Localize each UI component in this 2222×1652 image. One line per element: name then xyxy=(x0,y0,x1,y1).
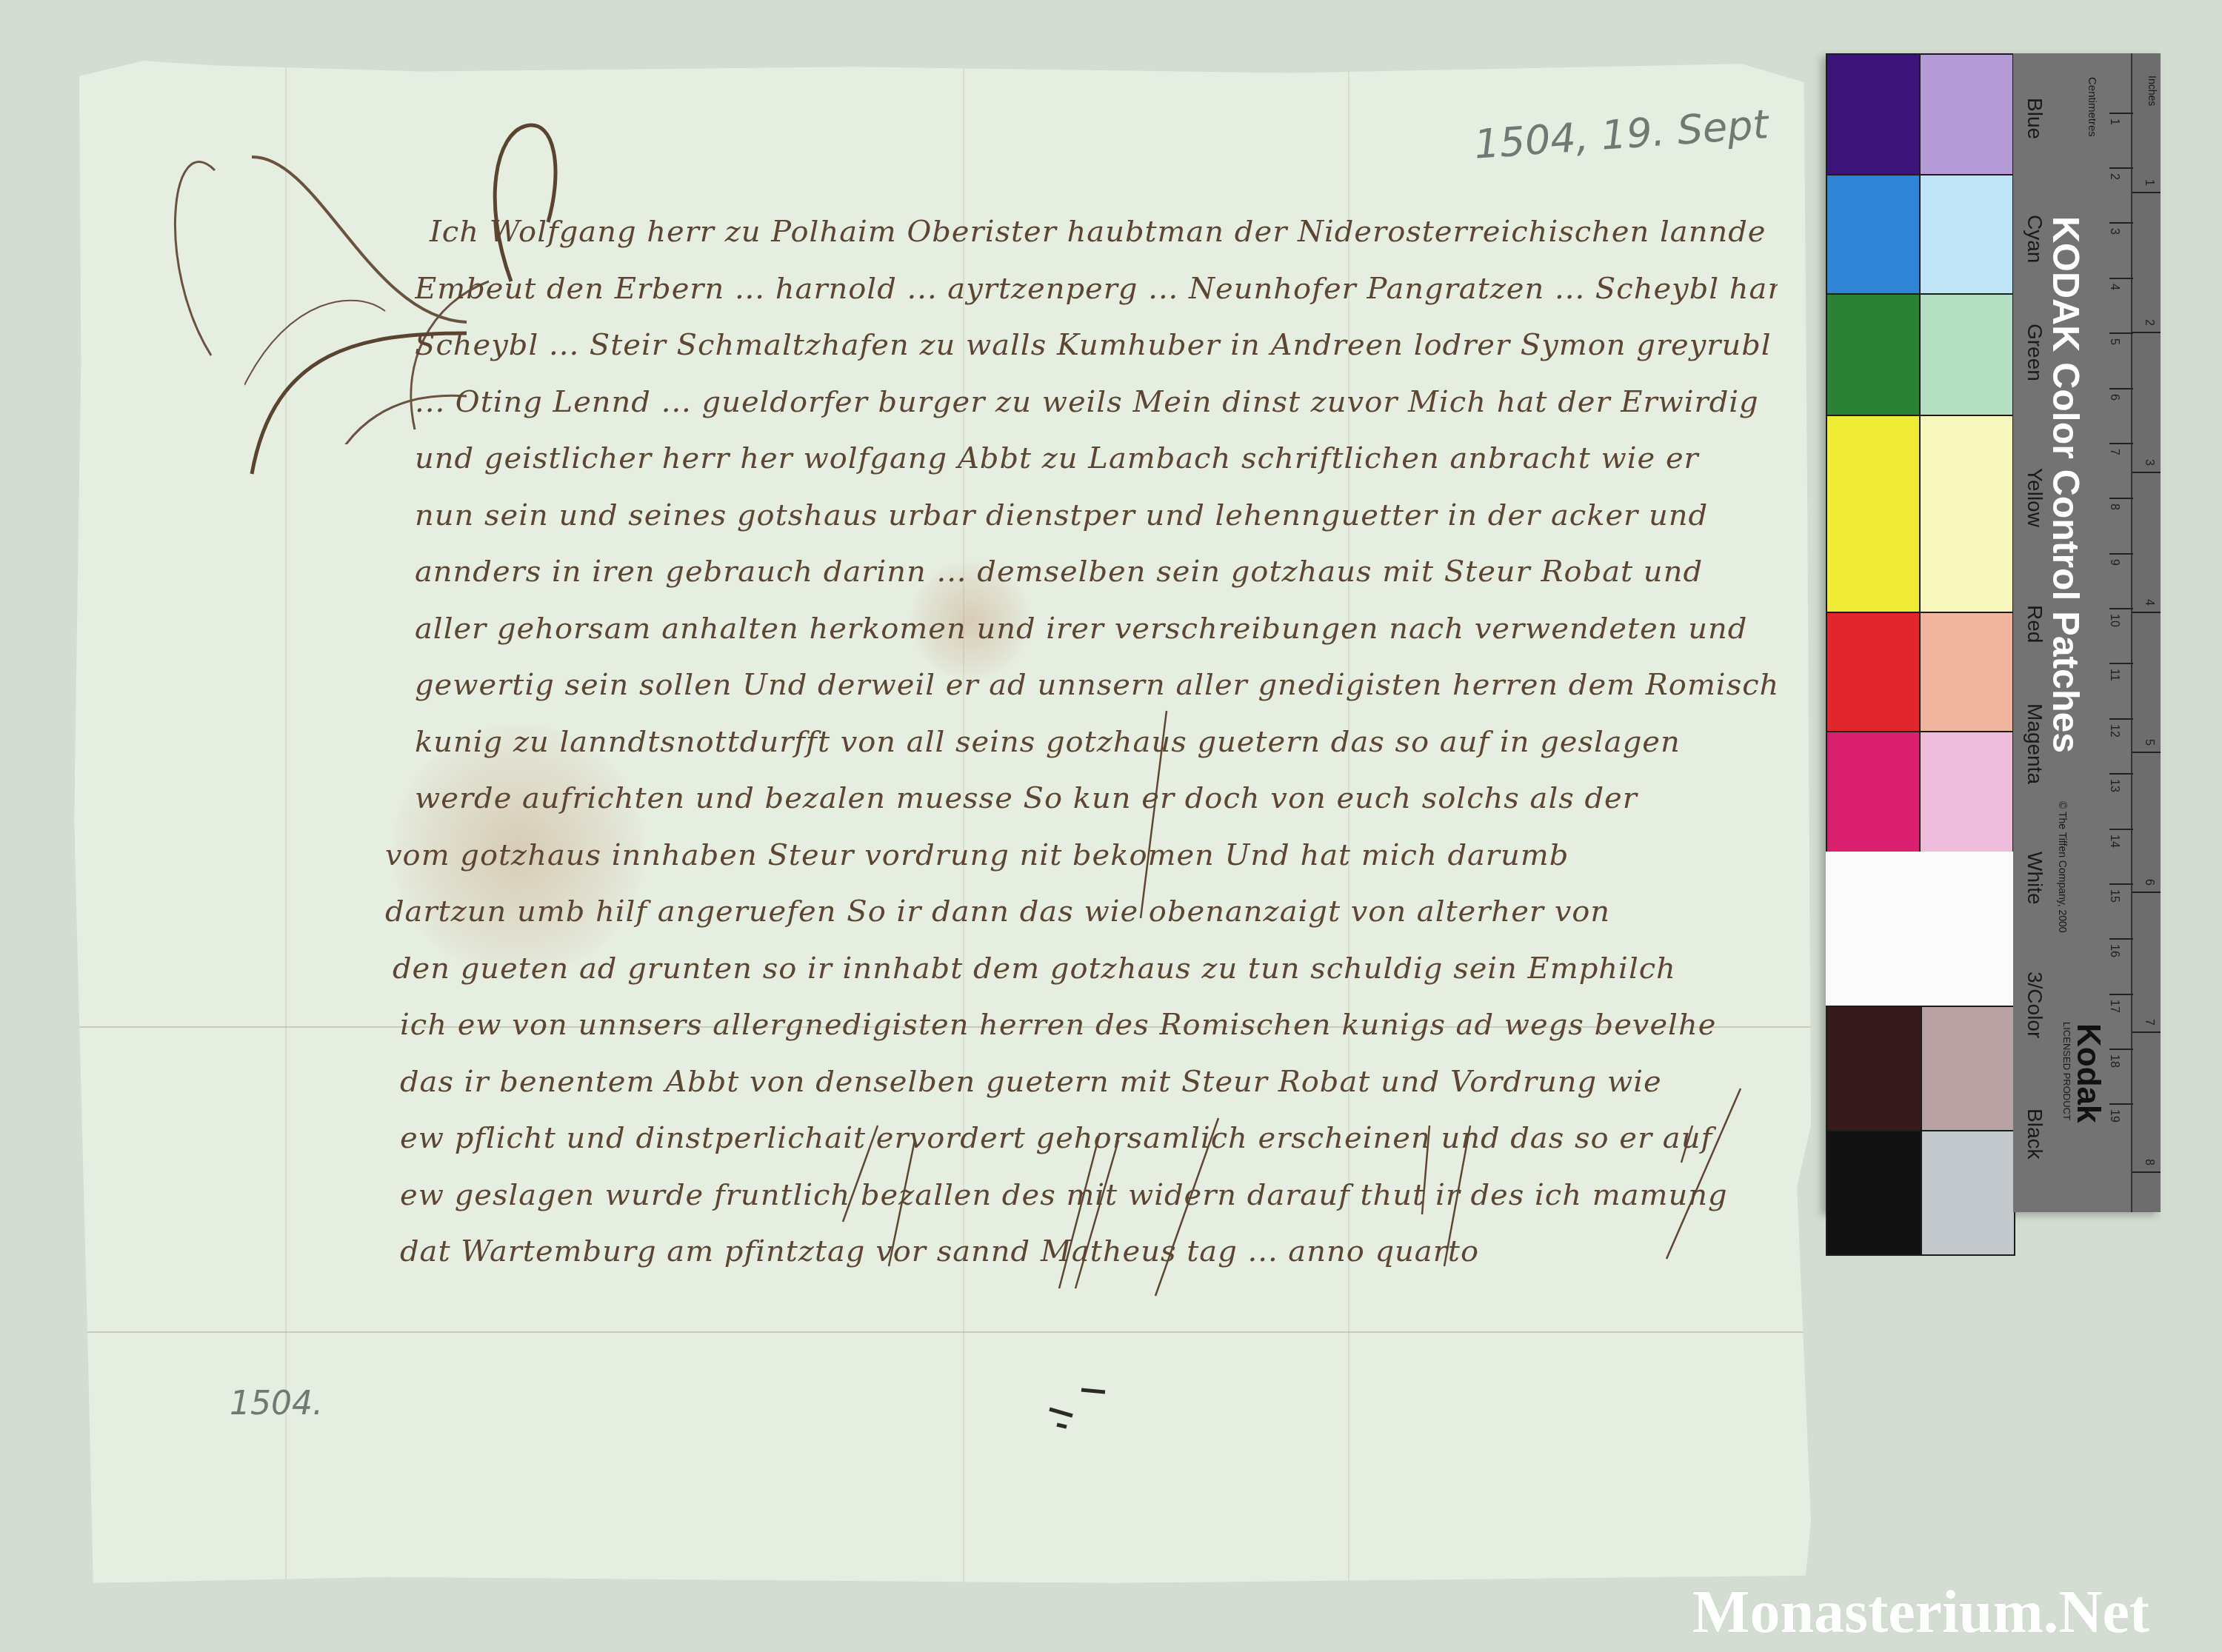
cm-tick xyxy=(2109,718,2133,720)
cm-tick-label: 13 xyxy=(2107,779,2121,792)
cm-tick xyxy=(2109,443,2133,444)
cm-tick-label: 10 xyxy=(2107,614,2121,627)
cm-tick-label: 15 xyxy=(2107,889,2121,903)
cm-tick xyxy=(2109,1049,2133,1050)
cm-tick xyxy=(2109,938,2133,940)
patch-blue-dark xyxy=(1826,53,1921,175)
patch-black-light xyxy=(1921,1130,2015,1256)
inch-tick xyxy=(2132,752,2161,753)
cm-tick-label: 11 xyxy=(2107,669,2121,681)
cm-tick-label: 5 xyxy=(2107,338,2121,345)
patch-label-cyan: Cyan xyxy=(2023,215,2046,263)
inch-tick xyxy=(2132,1031,2161,1033)
color-calibration-chart: Blue Cyan Green Yellow Red Magenta White… xyxy=(1826,53,2161,1212)
centimetres-label: Centimetres xyxy=(2086,77,2098,137)
cm-tick xyxy=(2109,994,2133,995)
cm-tick-label: 9 xyxy=(2107,559,2121,566)
inch-tick-label: 4 xyxy=(2142,599,2155,606)
patch-label-green: Green xyxy=(2023,324,2046,381)
cm-tick xyxy=(2109,608,2133,609)
patch-green-dark xyxy=(1826,293,1921,416)
cm-tick-label: 12 xyxy=(2107,724,2121,738)
inch-tick-label: 2 xyxy=(2142,319,2155,326)
cm-tick-label: 8 xyxy=(2107,504,2121,510)
patch-label-red: Red xyxy=(2023,605,2046,643)
cm-tick-label: 19 xyxy=(2107,1109,2121,1123)
patch-3color-dark xyxy=(1826,1006,1922,1131)
cm-tick xyxy=(2109,167,2133,169)
licensed-product-text: LICENSED PRODUCT xyxy=(2061,1022,2072,1120)
cm-tick-label: 3 xyxy=(2107,228,2121,235)
cm-tick xyxy=(2109,663,2133,664)
cm-tick xyxy=(2109,883,2133,885)
patch-label-black: Black xyxy=(2023,1108,2046,1159)
inch-tick xyxy=(2132,472,2161,473)
cm-tick-label: 1 xyxy=(2107,118,2121,125)
patch-magenta-light xyxy=(1919,731,2014,853)
inch-scale xyxy=(2131,53,2161,1212)
cm-tick xyxy=(2109,332,2133,334)
monasterium-watermark: Monasterium.Net xyxy=(1692,1577,2149,1647)
patch-label-magenta: Magenta xyxy=(2023,703,2046,784)
cm-tick-label: 16 xyxy=(2107,944,2121,957)
inch-tick-label: 6 xyxy=(2142,879,2155,886)
inch-tick-label: 8 xyxy=(2142,1159,2155,1166)
cm-tick xyxy=(2109,1103,2133,1105)
cm-tick xyxy=(2109,222,2133,224)
cm-tick-label: 17 xyxy=(2107,1000,2121,1013)
inch-tick xyxy=(2132,192,2161,193)
cm-tick-label: 2 xyxy=(2107,173,2121,180)
patch-label-yellow: Yellow xyxy=(2023,468,2046,527)
cm-tick-label: 6 xyxy=(2107,394,2121,401)
cm-tick xyxy=(2109,113,2133,114)
patch-yellow-light xyxy=(1919,415,2014,613)
inch-tick-label: 1 xyxy=(2142,179,2155,186)
cm-tick xyxy=(2109,773,2133,775)
cm-tick-label: 4 xyxy=(2107,284,2121,290)
patch-green-light xyxy=(1919,293,2014,416)
patch-label-3color: 3/Color xyxy=(2023,972,2046,1038)
patch-3color-light xyxy=(1921,1006,2015,1131)
chart-title: KODAK Color Control Patches xyxy=(2044,216,2087,753)
kodak-logo: Kodak xyxy=(2069,1023,2106,1123)
cm-tick xyxy=(2109,278,2133,279)
cm-tick xyxy=(2109,829,2133,830)
patch-label-white: White xyxy=(2023,852,2046,905)
chart-copyright: © The Tiffen Company, 2000 xyxy=(2057,801,2069,933)
inch-tick xyxy=(2132,332,2161,333)
patch-white xyxy=(1826,852,2014,1007)
inch-tick-label: 7 xyxy=(2142,1019,2155,1026)
measurement-ruler: Blue Cyan Green Yellow Red Magenta White… xyxy=(2013,53,2161,1212)
cm-tick xyxy=(2109,553,2133,555)
inch-tick xyxy=(2132,612,2161,613)
cm-tick-label: 14 xyxy=(2107,835,2121,848)
inch-tick xyxy=(2132,892,2161,893)
inch-tick xyxy=(2132,1171,2161,1173)
cm-tick-label: 18 xyxy=(2107,1054,2121,1068)
cm-tick xyxy=(2109,498,2133,499)
patch-magenta-dark xyxy=(1826,731,1921,853)
patch-red-light xyxy=(1919,612,2014,732)
patch-red-dark xyxy=(1826,612,1921,732)
patch-yellow-dark xyxy=(1826,415,1921,613)
patch-cyan-light xyxy=(1919,174,2014,295)
patch-blue-light xyxy=(1919,53,2014,175)
patch-black-dark xyxy=(1826,1130,1922,1256)
patch-label-blue: Blue xyxy=(2023,98,2046,139)
inches-label: Inches xyxy=(2146,76,2158,106)
cm-tick xyxy=(2109,388,2133,389)
inch-tick-label: 3 xyxy=(2142,459,2155,466)
cm-tick-label: 7 xyxy=(2107,449,2121,455)
inch-tick-label: 5 xyxy=(2142,739,2155,746)
patch-cyan-dark xyxy=(1826,174,1921,295)
